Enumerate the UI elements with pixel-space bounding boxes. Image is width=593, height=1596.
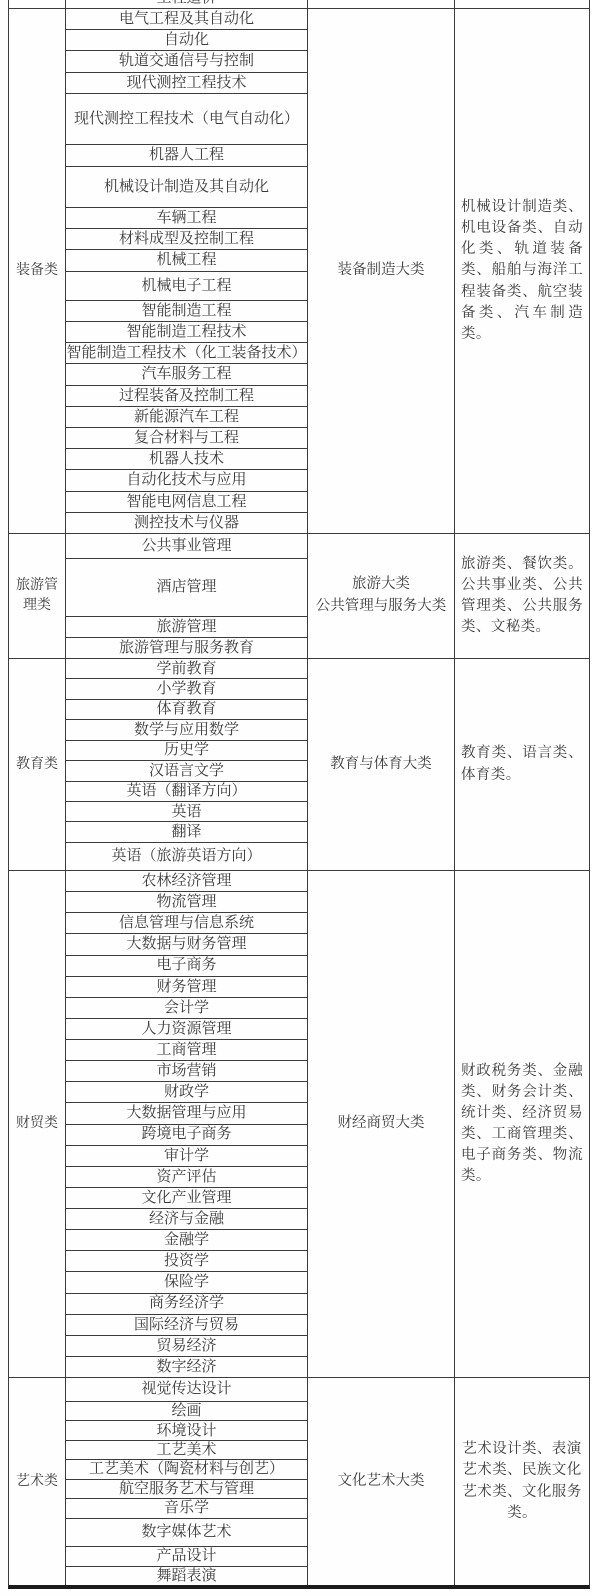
major-row: 小学教育 <box>66 679 307 699</box>
major-label: 轨道交通信号与控制 <box>119 51 254 71</box>
major-row: 酒店管理 <box>66 559 307 618</box>
big-class-line: 教育与体育大类 <box>330 754 432 776</box>
major-row: 会计学 <box>66 998 307 1019</box>
major-label: 英语 <box>171 802 201 822</box>
major-label: 公共事业管理 <box>141 536 231 556</box>
major-label: 智能制造工程 <box>141 301 231 321</box>
major-label: 经济与金融 <box>149 1209 224 1229</box>
major-label: 英语（旅游英语方向） <box>111 846 261 866</box>
major-label: 保险学 <box>164 1272 209 1292</box>
major-row: 机器人技术 <box>66 449 307 470</box>
big-class-line: 旅游大类 <box>352 574 410 596</box>
major-row: 商务经济学 <box>66 1294 307 1315</box>
major-label: 机械电子工程 <box>141 276 231 296</box>
major-label: 汽车服务工程 <box>141 364 231 384</box>
major-row: 学前教育 <box>66 659 307 679</box>
major-label: 电子商务 <box>156 956 216 976</box>
major-row: 材料成型及控制工程 <box>66 229 307 250</box>
major-label: 智能制造工程技术 <box>126 322 246 342</box>
major-row: 大数据与财务管理 <box>66 934 307 955</box>
major-row: 市场营销 <box>66 1061 307 1082</box>
major-label: 大数据管理与应用 <box>126 1103 246 1123</box>
category-label: 艺术类 <box>16 1472 58 1492</box>
major-row: 自动化技术与应用 <box>66 470 307 491</box>
related-categories-cell: 艺术设计类、表演艺术类、民族文化艺术类、文化服务类。 <box>455 1378 589 1585</box>
major-label: 大数据与财务管理 <box>126 934 246 954</box>
category-label: 装备类 <box>16 261 58 281</box>
major-label: 信息管理与信息系统 <box>119 913 254 933</box>
major-row: 电子商务 <box>66 956 307 977</box>
table-section: 财贸类农林经济管理物流管理信息管理与信息系统大数据与财务管理电子商务财务管理会计… <box>9 870 589 1377</box>
major-label: 机械设计制造及其自动化 <box>104 177 269 197</box>
major-label: 材料成型及控制工程 <box>119 229 254 249</box>
big-class-cell: 教育与体育大类 <box>308 659 455 870</box>
major-row: 财政学 <box>66 1082 307 1103</box>
major-row: 自动化 <box>66 30 307 51</box>
major-label: 工艺美术（陶瓷材料与创艺） <box>89 1460 284 1479</box>
major-label: 商务经济学 <box>149 1294 224 1314</box>
major-row: 智能制造工程技术（化工装备技术） <box>66 343 307 364</box>
major-row: 汽车服务工程 <box>66 364 307 385</box>
major-row: 资产评估 <box>66 1167 307 1188</box>
major-row: 国际经济与贸易 <box>66 1315 307 1336</box>
major-row: 英语 <box>66 802 307 822</box>
major-row: 汉语言文学 <box>66 761 307 781</box>
majors-column: 工程造价 <box>66 0 308 8</box>
major-row: 保险学 <box>66 1272 307 1293</box>
major-label: 投资学 <box>164 1251 209 1271</box>
major-row: 舞蹈表演 <box>66 1567 307 1585</box>
related-categories-text: 机械设计制造类、机电设备类、自动化类、轨道装备类、船舶与海洋工程装备类、航空装备… <box>461 197 583 344</box>
major-row: 机械电子工程 <box>66 272 307 301</box>
big-class-cell: 装备制造大类 <box>308 9 455 533</box>
big-class-line: 装备制造大类 <box>338 260 425 282</box>
related-categories-text: 旅游类、餐饮类。公共事业类、公共管理类、公共服务类、文秘类。 <box>461 554 583 638</box>
major-row: 测控技术与仪器 <box>66 513 307 533</box>
major-label: 测控技术与仪器 <box>134 513 239 533</box>
big-class-cell <box>308 0 455 8</box>
major-row: 工商管理 <box>66 1040 307 1061</box>
major-label: 市场营销 <box>156 1061 216 1081</box>
partial-top-row: 工程造价 <box>9 0 589 8</box>
major-row: 农林经济管理 <box>66 871 307 892</box>
major-row: 环境设计 <box>66 1421 307 1440</box>
major-label: 旅游管理与服务教育 <box>119 638 254 658</box>
major-row: 投资学 <box>66 1251 307 1272</box>
major-label: 视觉传达设计 <box>141 1379 231 1399</box>
major-row: 现代测控工程技术（电气自动化） <box>66 94 307 146</box>
major-label: 财政学 <box>164 1082 209 1102</box>
table-section: 旅游管理类公共事业管理酒店管理旅游管理旅游管理与服务教育旅游大类公共管理与服务大… <box>9 533 589 658</box>
major-row: 金融学 <box>66 1230 307 1251</box>
major-row: 贸易经济 <box>66 1336 307 1357</box>
category-label: 教育类 <box>16 755 58 775</box>
category-cell: 财贸类 <box>9 871 66 1377</box>
major-row: 新能源汽车工程 <box>66 407 307 428</box>
major-label: 舞蹈表演 <box>156 1567 216 1585</box>
category-cell: 教育类 <box>9 659 66 870</box>
major-label: 汉语言文学 <box>149 761 224 781</box>
major-row: 智能制造工程 <box>66 301 307 322</box>
majors-column: 公共事业管理酒店管理旅游管理旅游管理与服务教育 <box>66 534 308 658</box>
page: 工程造价装备类电气工程及其自动化自动化轨道交通信号与控制现代测控工程技术现代测控… <box>0 0 593 1596</box>
major-row: 工艺美术 <box>66 1441 307 1460</box>
major-label: 数字经济 <box>156 1357 216 1377</box>
major-label: 旅游管理 <box>156 617 216 637</box>
related-categories-cell: 财政税务类、金融类、财务会计类、统计类、经济贸易类、工商管理类、电子商务类、物流… <box>455 871 589 1377</box>
table-section: 教育类学前教育小学教育体育教育数学与应用数学历史学汉语言文学英语（翻译方向）英语… <box>9 658 589 870</box>
major-label: 资产评估 <box>156 1167 216 1187</box>
major-row: 物流管理 <box>66 892 307 913</box>
major-label: 工商管理 <box>156 1040 216 1060</box>
major-label: 环境设计 <box>156 1421 216 1440</box>
major-row: 视觉传达设计 <box>66 1378 307 1402</box>
majors-column: 农林经济管理物流管理信息管理与信息系统大数据与财务管理电子商务财务管理会计学人力… <box>66 871 308 1377</box>
major-label: 自动化技术与应用 <box>126 470 246 490</box>
big-class-cell: 财经商贸大类 <box>308 871 455 1377</box>
major-row: 复合材料与工程 <box>66 428 307 449</box>
major-row: 数学与应用数学 <box>66 720 307 740</box>
big-class-cell: 文化艺术大类 <box>308 1378 455 1585</box>
big-class-line: 公共管理与服务大类 <box>316 596 447 618</box>
major-label: 音乐学 <box>164 1499 209 1518</box>
major-row: 历史学 <box>66 741 307 761</box>
major-row: 数字媒体艺术 <box>66 1519 307 1548</box>
related-categories-cell <box>455 0 589 8</box>
major-label: 车辆工程 <box>156 208 216 228</box>
major-label: 产品设计 <box>156 1547 216 1566</box>
major-label: 机械工程 <box>156 250 216 270</box>
major-label: 国际经济与贸易 <box>134 1315 239 1335</box>
category-cell: 旅游管理类 <box>9 534 66 658</box>
category-cell <box>9 0 66 8</box>
table-section: 艺术类视觉传达设计绘画环境设计工艺美术工艺美术（陶瓷材料与创艺）航空服务艺术与管… <box>9 1377 589 1585</box>
major-row: 英语（翻译方向） <box>66 782 307 802</box>
big-class-line: 财经商贸大类 <box>338 1113 425 1135</box>
major-row: 机械设计制造及其自动化 <box>66 167 307 208</box>
majors-column: 学前教育小学教育体育教育数学与应用数学历史学汉语言文学英语（翻译方向）英语翻译英… <box>66 659 308 870</box>
major-label: 机器人技术 <box>149 449 224 469</box>
major-label: 工程造价 <box>156 0 216 8</box>
major-label: 新能源汽车工程 <box>134 407 239 427</box>
major-label: 会计学 <box>164 998 209 1018</box>
major-label: 体育教育 <box>156 700 216 720</box>
major-label: 智能制造工程技术（化工装备技术） <box>66 343 306 363</box>
big-class-line: 文化艺术大类 <box>338 1471 425 1493</box>
major-row: 公共事业管理 <box>66 534 307 559</box>
major-row: 车辆工程 <box>66 208 307 229</box>
major-label: 酒店管理 <box>156 577 216 597</box>
big-class-cell: 旅游大类公共管理与服务大类 <box>308 534 455 658</box>
major-label: 航空服务艺术与管理 <box>119 1480 254 1499</box>
related-categories-cell: 旅游类、餐饮类。公共事业类、公共管理类、公共服务类、文秘类。 <box>455 534 589 658</box>
related-categories-text: 财政税务类、金融类、财务会计类、统计类、经济贸易类、工商管理类、电子商务类、物流… <box>461 1061 583 1187</box>
table-section: 装备类电气工程及其自动化自动化轨道交通信号与控制现代测控工程技术现代测控工程技术… <box>9 8 589 533</box>
major-label: 财务管理 <box>156 977 216 997</box>
major-row: 翻译 <box>66 822 307 842</box>
major-label: 绘画 <box>171 1402 201 1421</box>
major-row: 产品设计 <box>66 1547 307 1566</box>
major-row: 智能制造工程技术 <box>66 322 307 343</box>
major-row: 大数据管理与应用 <box>66 1103 307 1124</box>
category-cell: 装备类 <box>9 9 66 533</box>
major-label: 机器人工程 <box>149 145 224 165</box>
major-row: 审计学 <box>66 1146 307 1167</box>
major-label: 小学教育 <box>156 679 216 699</box>
major-label: 翻译 <box>171 822 201 842</box>
major-row: 旅游管理 <box>66 617 307 638</box>
major-row: 航空服务艺术与管理 <box>66 1480 307 1499</box>
major-row: 过程装备及控制工程 <box>66 386 307 407</box>
major-row: 数字经济 <box>66 1357 307 1377</box>
category-label: 旅游管理类 <box>10 576 64 615</box>
major-row: 英语（旅游英语方向） <box>66 843 307 870</box>
major-row: 文化产业管理 <box>66 1188 307 1209</box>
major-row: 电气工程及其自动化 <box>66 9 307 30</box>
related-categories-cell: 机械设计制造类、机电设备类、自动化类、轨道装备类、船舶与海洋工程装备类、航空装备… <box>455 9 589 533</box>
major-row: 音乐学 <box>66 1499 307 1518</box>
major-label: 英语（翻译方向） <box>126 782 246 802</box>
major-label: 学前教育 <box>156 659 216 679</box>
major-row: 工艺美术（陶瓷材料与创艺） <box>66 1460 307 1479</box>
major-row: 旅游管理与服务教育 <box>66 638 307 658</box>
major-label: 贸易经济 <box>156 1336 216 1356</box>
major-label: 数学与应用数学 <box>134 720 239 740</box>
major-label: 工艺美术 <box>156 1441 216 1460</box>
major-label: 人力资源管理 <box>141 1019 231 1039</box>
major-row: 经济与金融 <box>66 1209 307 1230</box>
major-label: 文化产业管理 <box>141 1188 231 1208</box>
category-cell: 艺术类 <box>9 1378 66 1585</box>
major-row: 信息管理与信息系统 <box>66 913 307 934</box>
related-categories-text: 教育类、语言类、体育类。 <box>461 743 583 785</box>
major-label: 复合材料与工程 <box>134 428 239 448</box>
major-row: 体育教育 <box>66 700 307 720</box>
major-row: 人力资源管理 <box>66 1019 307 1040</box>
major-row: 现代测控工程技术 <box>66 73 307 94</box>
major-label: 智能电网信息工程 <box>126 492 246 512</box>
major-row: 机械工程 <box>66 250 307 271</box>
major-label: 自动化 <box>164 30 209 50</box>
majors-column: 视觉传达设计绘画环境设计工艺美术工艺美术（陶瓷材料与创艺）航空服务艺术与管理音乐… <box>66 1378 308 1585</box>
major-row: 跨境电子商务 <box>66 1125 307 1146</box>
major-row: 机器人工程 <box>66 145 307 166</box>
major-label: 数字媒体艺术 <box>141 1522 231 1542</box>
related-categories-text: 艺术设计类、表演艺术类、民族文化艺术类、文化服务类。 <box>461 1439 583 1523</box>
major-label: 审计学 <box>164 1146 209 1166</box>
major-row: 轨道交通信号与控制 <box>66 51 307 72</box>
major-label: 电气工程及其自动化 <box>119 9 254 29</box>
major-label: 历史学 <box>164 741 209 761</box>
major-label: 现代测控工程技术 <box>126 73 246 93</box>
major-label: 过程装备及控制工程 <box>119 386 254 406</box>
category-major-table: 工程造价装备类电气工程及其自动化自动化轨道交通信号与控制现代测控工程技术现代测控… <box>8 0 590 1589</box>
major-label: 农林经济管理 <box>141 871 231 891</box>
major-label: 现代测控工程技术（电气自动化） <box>74 109 299 129</box>
majors-column: 电气工程及其自动化自动化轨道交通信号与控制现代测控工程技术现代测控工程技术（电气… <box>66 9 308 533</box>
major-row: 财务管理 <box>66 977 307 998</box>
major-row: 绘画 <box>66 1402 307 1421</box>
major-label: 跨境电子商务 <box>141 1125 231 1145</box>
category-label: 财贸类 <box>16 1114 58 1134</box>
major-label: 物流管理 <box>156 892 216 912</box>
related-categories-cell: 教育类、语言类、体育类。 <box>455 659 589 870</box>
major-row: 工程造价 <box>66 0 307 8</box>
major-label: 金融学 <box>164 1230 209 1250</box>
major-row: 智能电网信息工程 <box>66 492 307 513</box>
